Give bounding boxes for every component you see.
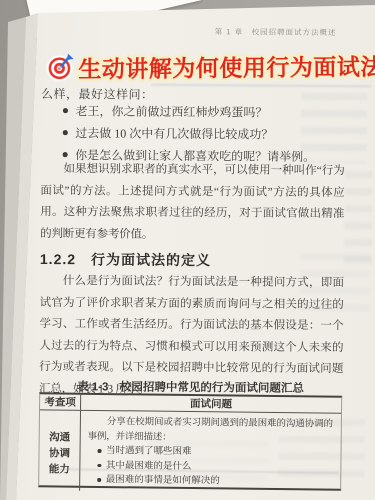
bullet-text: 最困难的事情是如何解决的: [106, 473, 220, 489]
table-row: 沟通 协调 能力 分享在校期间或者实习期间遇到的最困难的沟通协调的事例，并详细描…: [39, 410, 341, 493]
page-content: 第 1 章 校园招聘面试方法概述 生动讲解为何使用行为面试法 生动讲解为何使用行…: [0, 0, 375, 500]
bullet-icon: [63, 130, 68, 135]
intro-line: 么样，最好这样问：: [41, 85, 154, 103]
category-line: 沟通: [49, 429, 70, 445]
category-line: 协调: [49, 445, 70, 461]
question-intro: 分享在校期间或者实习期间遇到的最困难的沟通协调的事例，并详细描述：: [88, 415, 333, 447]
list-item: 老王，你之前做过西红柿炒鸡蛋吗？: [63, 102, 363, 121]
bullet-text: 过去做 10 次中有几次做得比较成功？: [75, 124, 273, 142]
running-header: 第 1 章 校园招聘面试方法概述: [215, 26, 337, 38]
section-heading: 1.2.2 行为面试法的定义: [40, 249, 211, 270]
bullet-icon: [98, 449, 102, 453]
page-showthrough-line: [151, 84, 371, 88]
paragraph: 如果想识别求职者的真实水平，可以使用一种叫作“行为面试”的方法。上述提问方式就是…: [40, 159, 345, 247]
table-cell-question: 分享在校期间或者实习期间遇到的最困难的沟通协调的事例，并详细描述： 当时遇到了哪…: [80, 411, 341, 493]
bullet-text: 老王，你之前做过西红柿炒鸡蛋吗？: [75, 102, 267, 120]
table-header-category: 考查项: [40, 394, 81, 409]
list-item: 过去做 10 次中有几次做得比较成功？: [63, 124, 363, 143]
interview-questions-table: 考查项 面试问题 沟通 协调 能力 分享在校期间或者实习期间遇到的最困难的沟通协…: [38, 392, 342, 490]
page-showthrough-smudge: [344, 171, 373, 271]
bullet-icon: [97, 463, 101, 467]
bullet-icon: [63, 152, 68, 157]
bullet-icon: [97, 478, 101, 482]
sticker-headline-fill: 生动讲解为何使用行为面试法: [78, 53, 375, 82]
bullet-icon: [63, 108, 68, 113]
table-header-question: 面试问题: [81, 395, 341, 413]
table-cell-category: 沟通 协调 能力: [39, 410, 81, 490]
sticker-headline: 生动讲解为何使用行为面试法 生动讲解为何使用行为面试法: [45, 47, 375, 86]
dartboard-icon: [45, 52, 75, 82]
sticker-headline-text: 生动讲解为何使用行为面试法 生动讲解为何使用行为面试法: [78, 48, 375, 84]
bullet-text: 当时遇到了哪些困难: [106, 444, 192, 459]
list-item: 最困难的事情是如何解决的: [87, 473, 332, 490]
book-page-photo: 第 1 章 校园招聘面试方法概述 生动讲解为何使用行为面试法 生动讲解为何使用行…: [0, 0, 375, 500]
